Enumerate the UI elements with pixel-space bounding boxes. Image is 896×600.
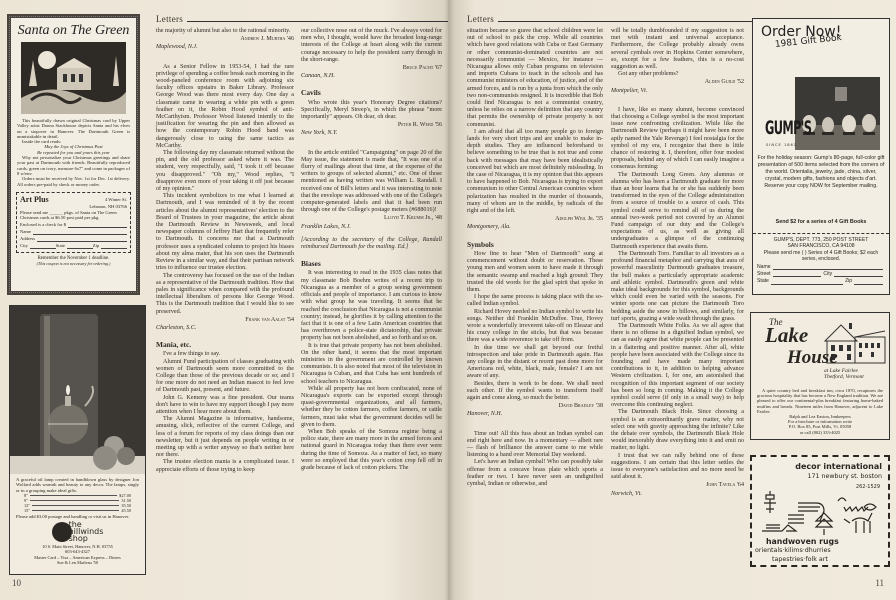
gumps-street-field[interactable] (773, 271, 822, 277)
running-head-label: Letters (467, 14, 494, 24)
letter-paragraph: Time out! All this fuss about an Indian … (467, 431, 603, 460)
letter-paragraph: Got any other problems? (611, 71, 744, 78)
letter-paragraph: the majority of alumni but also to the r… (156, 28, 294, 35)
letter-paragraph: The Dartmouth Black Hole. Since choosing… (611, 409, 744, 452)
letter-paragraph: I have, like so many alumni, become conv… (611, 107, 744, 172)
gumps-name-field[interactable] (773, 264, 883, 270)
art-plus-street: 4 Winter St. (105, 196, 127, 203)
hillwinds-postage: Please add $3.00 postage and handling or… (10, 513, 145, 519)
letter-paragraph: I trust that we can rally behind one of … (611, 453, 744, 482)
coupon-check-amount-field[interactable] (68, 222, 127, 228)
letter-paragraph: The trustee election mania is a complica… (156, 459, 294, 473)
decor-street: 171 newbury st. boston (807, 473, 882, 480)
decor-line1: orientals·kilims·dhurries (755, 547, 831, 554)
lake-house-house: House (787, 347, 838, 369)
letter-paragraph: The Dartmouth Long Green. Any alumnus or… (611, 172, 744, 251)
coupon-address-field[interactable] (37, 236, 127, 242)
lamp-price-list: 8"$27.00 9"31.50 12"35.50 15"45.50 (10, 493, 145, 513)
lake-house-lake: Lake (765, 323, 808, 348)
art-plus-city: Lebanon, NH 03766 (89, 203, 127, 210)
letter-signature: Bruce Pacht '67 (301, 65, 442, 72)
letter-paragraph: Besides, there is work to be done. We sh… (467, 381, 603, 403)
letter-paragraph: When Bob speaks of the Somoza regime bei… (301, 429, 442, 472)
santa-on-the-green-ad: Santa on The Green (7, 14, 140, 295)
letter-paragraph: The controversy has focused on the use o… (156, 273, 294, 316)
letters-column-1: the majority of alumni but also to the r… (156, 28, 294, 474)
letter-location: Franklin Lakes, N.J. (301, 224, 442, 231)
gumps-cut-line (753, 233, 889, 234)
letters-column-2: our collective nose out of the muck. I'v… (301, 28, 442, 472)
letter-signature: John Tavela '64 (611, 482, 744, 489)
letter-signature: Alden Guild '52 (611, 79, 744, 86)
letter-signature: Lloyd T. Krumm Jr., '48 (301, 215, 442, 222)
hillwinds-description: A graceful oil lamp created in handblown… (10, 474, 145, 493)
letter-paragraph: While all property has not been confisca… (301, 386, 442, 429)
santa-ad-paragraph: Why not personalize your Christmas greet… (17, 155, 130, 176)
lake-house-phone: or call (802) 333-4025 (757, 430, 883, 435)
gumps-street-label: Street (757, 271, 771, 277)
letter-paragraph: I hope the same process is taking place … (467, 294, 603, 308)
letter-paragraph: It was interesting to read in the 1935 c… (301, 270, 442, 342)
coupon-state-label: State (56, 242, 65, 249)
letter-location: Montpelier, Vt. (611, 88, 744, 95)
gumps-state-field[interactable] (771, 279, 843, 285)
section-heading-mania: Mania, etc. (156, 341, 294, 348)
letter-paragraph: our collective nose out of the muck. I'v… (301, 28, 442, 64)
coupon-city-field[interactable] (30, 243, 56, 249)
decor-line2: tapestries·folk art (772, 556, 828, 563)
letter-paragraph: The Dartmouth White Folks. As we all agr… (611, 323, 744, 409)
coupon-check-label: Enclosed is a check for $ (20, 221, 66, 228)
santa-ad-footer: Remember the November 1 deadline. (This … (14, 256, 133, 267)
letter-paragraph: I am afraid that all too many people go … (467, 129, 603, 215)
lake-house-ad: The Lake House at Lake Fairlee Thetford,… (750, 312, 890, 440)
hillwinds-logo-text: the hillwinds shop (69, 521, 104, 542)
magazine-spread: Santa on The Green (0, 0, 896, 600)
santa-ad-body: This beautifully drawn original Christma… (14, 118, 133, 187)
page-number-left: 10 (12, 578, 21, 588)
decor-international-ad: decor international 171 newbury st. bost… (750, 455, 890, 567)
coupon-name-field[interactable] (33, 229, 127, 235)
running-head-left: Letters (156, 14, 457, 24)
art-plus-coupon: Art Plus 4 Winter St. Lebanon, NH 03766 … (16, 192, 131, 253)
letter-location: Charleston, S.C. (156, 325, 294, 332)
coupon-name-label: Name (20, 228, 31, 235)
letter-location: Canaan, N.H. (301, 73, 442, 80)
editor-note: [According to the secretary of the Colle… (301, 237, 442, 251)
letter-paragraph: Alumni Fund participation of classes gra… (156, 359, 294, 395)
coupon-note: (This coupon is not necessary for orderi… (14, 261, 133, 267)
coupon-state-field[interactable] (67, 243, 93, 249)
letter-location: Hanover, N.H. (467, 411, 603, 418)
gumps-zip-label: Zip (845, 278, 852, 284)
section-heading-biases: Biases (301, 260, 442, 267)
hillwinds-owners: Sue & Len Marleau '50 (10, 560, 145, 565)
letter-paragraph: It is true that private property has not… (301, 343, 442, 386)
letter-paragraph: The Dartmouth Toro. Familiar to all inve… (611, 251, 744, 323)
gumps-name-label: Name (757, 264, 771, 270)
oil-lamp-photo (10, 306, 145, 474)
letter-paragraph: This incident symbolizes to me what I le… (156, 193, 294, 272)
santa-ad-title: Santa on The Green (14, 23, 133, 39)
letter-paragraph: will be totally dumbfounded if my sugges… (611, 28, 744, 71)
letters-column-3: situation became so grave that school ch… (467, 28, 603, 488)
gumps-city-label: City (823, 271, 832, 277)
letters-column-4: will be totally dumbfounded if my sugges… (611, 28, 744, 498)
lamp-size: 15" (24, 508, 30, 513)
letter-signature: Adolph Weil Jr. '35 (467, 216, 603, 223)
page-number-right: 11 (875, 578, 884, 588)
letter-signature: Peter R. Weed '56 (301, 122, 442, 129)
letter-paragraph: The Alumni Magazine is informative, hand… (156, 416, 294, 459)
running-head-rule (187, 21, 457, 22)
decor-phone: 262-1529 (856, 484, 880, 490)
gumps-city-field[interactable] (834, 271, 883, 277)
letter-location: New York, N.Y. (301, 130, 442, 137)
gumps-order-form: GUMP'S, DEPT. 773, 250 POST STREET SAN F… (757, 237, 885, 285)
letter-paragraph: In the article entitled "Campaigning" on… (301, 150, 442, 215)
running-head-rule (498, 21, 768, 22)
folk-art-motifs (758, 491, 888, 536)
letter-location: Maplewood, N.J. (156, 44, 294, 51)
gumps-since: SINCE 1861 (766, 143, 797, 147)
gumps-product-photo (795, 77, 880, 150)
letter-paragraph: Let's have an Indian cymbal! Who can pos… (467, 459, 603, 488)
santa-ad-paragraph: This beautifully drawn original Christma… (17, 118, 130, 139)
coupon-address-label: Address (20, 235, 35, 242)
letter-paragraph: John G. Kemeny was a fine president. Our… (156, 395, 294, 417)
letter-paragraph: As a Senior Fellow in 1953-54, I had the… (156, 64, 294, 150)
hillwinds-shop-ad: A graceful oil lamp created in handblown… (9, 305, 146, 575)
letter-paragraph: How fine to hear "Men of Dartmouth" sung… (467, 251, 603, 294)
gumps-offer: Send $2 for a series of 4 Gift Books (757, 219, 885, 225)
left-page: Santa on The Green (0, 0, 448, 600)
letter-paragraph: The following day my classmate returned … (156, 150, 294, 193)
gumps-zip-field[interactable] (854, 279, 883, 285)
letter-signature: Frank van Aalst '54 (156, 317, 294, 324)
gumps-request: Please send me ( ) Series of 4 Gift Book… (757, 250, 885, 263)
logo-line: shop (69, 534, 88, 543)
page-gutter (444, 0, 454, 600)
letter-paragraph: Who wrote this year's Honorary Degree ci… (301, 100, 442, 122)
section-heading-cavils: Cavils (301, 89, 442, 96)
coupon-zip-label: Zip (93, 242, 99, 249)
letter-paragraph: I've a few things to say. (156, 351, 294, 358)
letter-paragraph: In due time we shall get beyond our fret… (467, 345, 603, 381)
gumps-description: For the holiday season: Gump's 80-page, … (757, 155, 885, 190)
lake-house-sub2: Thetford, Vermont (824, 374, 864, 380)
running-head-right: Letters (467, 14, 768, 24)
letter-signature: David Bradley '38 (467, 403, 603, 410)
gumps-gift-book-ad: Order Now! 1981 Gift Book GUMP'S SINCE 1… (752, 18, 890, 295)
coupon-quantity-line: Please send me ______ pkgs. of Santa on … (20, 210, 127, 221)
letter-signature: Andrew J. Murtha '46 (156, 36, 294, 43)
gumps-logo: GUMP'S (765, 117, 811, 139)
hillwinds-address-block: 10 S. Main Street, Hanover, N.H. 03755 6… (10, 544, 145, 565)
decor-rugs: handwoven rugs (766, 537, 839, 546)
lake-house-body: A quiet country bed and breakfast inn, c… (757, 388, 883, 435)
santa-illustration (21, 42, 126, 114)
lake-house-description: A quiet country bed and breakfast inn, c… (757, 388, 883, 414)
santa-ad-paragraph: Orders must be received by Nov. 1st for … (17, 176, 130, 187)
decor-name: decor international (795, 462, 882, 471)
gumps-state-label: State (757, 278, 769, 284)
lamp-price: 45.50 (121, 508, 131, 513)
section-heading-symbols: Symbols (467, 241, 603, 248)
letter-paragraph: Richard Hovey needed no Indian symbol to… (467, 309, 603, 345)
lake-house-location: at Lake Fairlee Thetford, Vermont (824, 368, 864, 380)
letter-paragraph: situation became so grave that school ch… (467, 28, 603, 129)
letter-location: Norwich, Vt. (611, 491, 744, 498)
letter-location: Montgomery, Ala. (467, 224, 603, 231)
coupon-zip-field[interactable] (101, 243, 127, 249)
coupon-city-label: City (20, 242, 28, 249)
hillwinds-logo: the hillwinds shop (10, 521, 145, 542)
running-head-label: Letters (156, 14, 183, 24)
art-plus-brand: Art Plus (20, 196, 49, 203)
